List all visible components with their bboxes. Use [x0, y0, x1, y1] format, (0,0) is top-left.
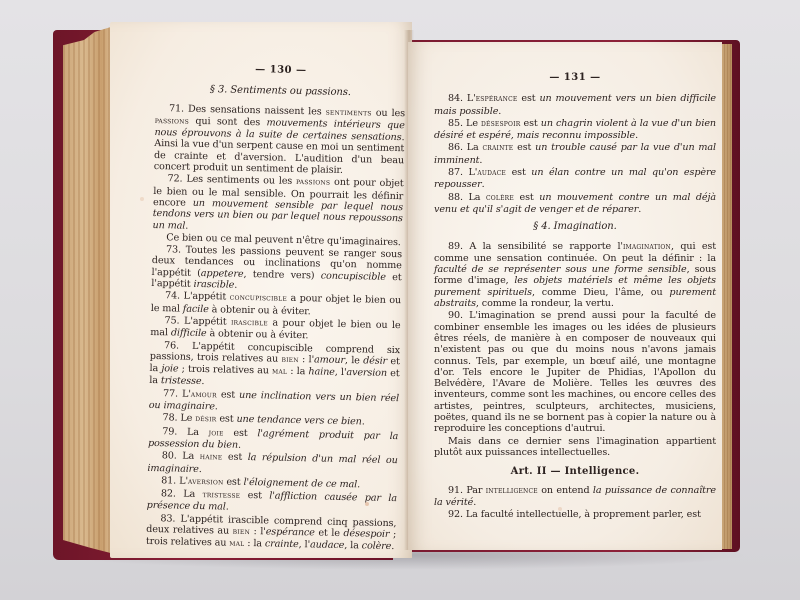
right-page-text: — 131 — 84. L'espérance est un mouvement… [434, 72, 716, 520]
foxing-spot [365, 502, 369, 506]
left-page: — 130 — § 3. Sentiments ou passions. 71.… [110, 22, 412, 558]
paragraph-72: 72. Les sentiments ou les passions ont p… [152, 173, 403, 236]
right-page: — 131 — 84. L'espérance est un mouvement… [408, 42, 722, 550]
section-heading-imagination: § 4. Imagination. [434, 221, 716, 232]
paragraph-88: 88. La colère est un mouvement contre un… [434, 192, 716, 216]
page-number-130: — 130 — [156, 62, 406, 79]
paragraph-87: 87. L'audace est un élan contre un mal q… [434, 167, 716, 191]
page-number-131: — 131 — [434, 72, 716, 83]
foxing-spot [558, 507, 562, 511]
foxing-spot [140, 197, 144, 201]
paragraph-90: 90. L'imagination se prend aussi pour la… [434, 310, 716, 434]
paragraph-83: 83. L'appétit irascible comprend cinq pa… [146, 513, 397, 554]
article-heading-intelligence: Art. II — Intelligence. [434, 466, 716, 477]
paragraph-73: 73. Toutes les passions peuvent se range… [151, 244, 402, 294]
paragraph-84: 84. L'espérance est un mouvement vers un… [434, 93, 716, 117]
paragraph-92: 92. La faculté intellectuelle, à proprem… [434, 509, 716, 520]
paragraph-91: 91. Par intelligence on entend la puissa… [434, 485, 716, 509]
paragraph-76: 76. L'appétit concupiscible comprend six… [149, 339, 400, 391]
paragraph-86: 86. La crainte est un trouble causé par … [434, 142, 716, 166]
paragraph-90-note: Mais dans ce dernier sens l'imagination … [434, 436, 716, 459]
section-heading-sentiments: § 3. Sentiments ou passions. [155, 83, 405, 100]
paragraph-89: 89. A la sensibilité se rapporte l'imagi… [434, 241, 716, 310]
paragraph-71: 71. Des sensations naissent les sentimen… [154, 103, 405, 178]
paragraph-85: 85. Le désespoir est un chagrin violent … [434, 118, 716, 142]
left-page-text: — 130 — § 3. Sentiments ou passions. 71.… [146, 62, 406, 554]
